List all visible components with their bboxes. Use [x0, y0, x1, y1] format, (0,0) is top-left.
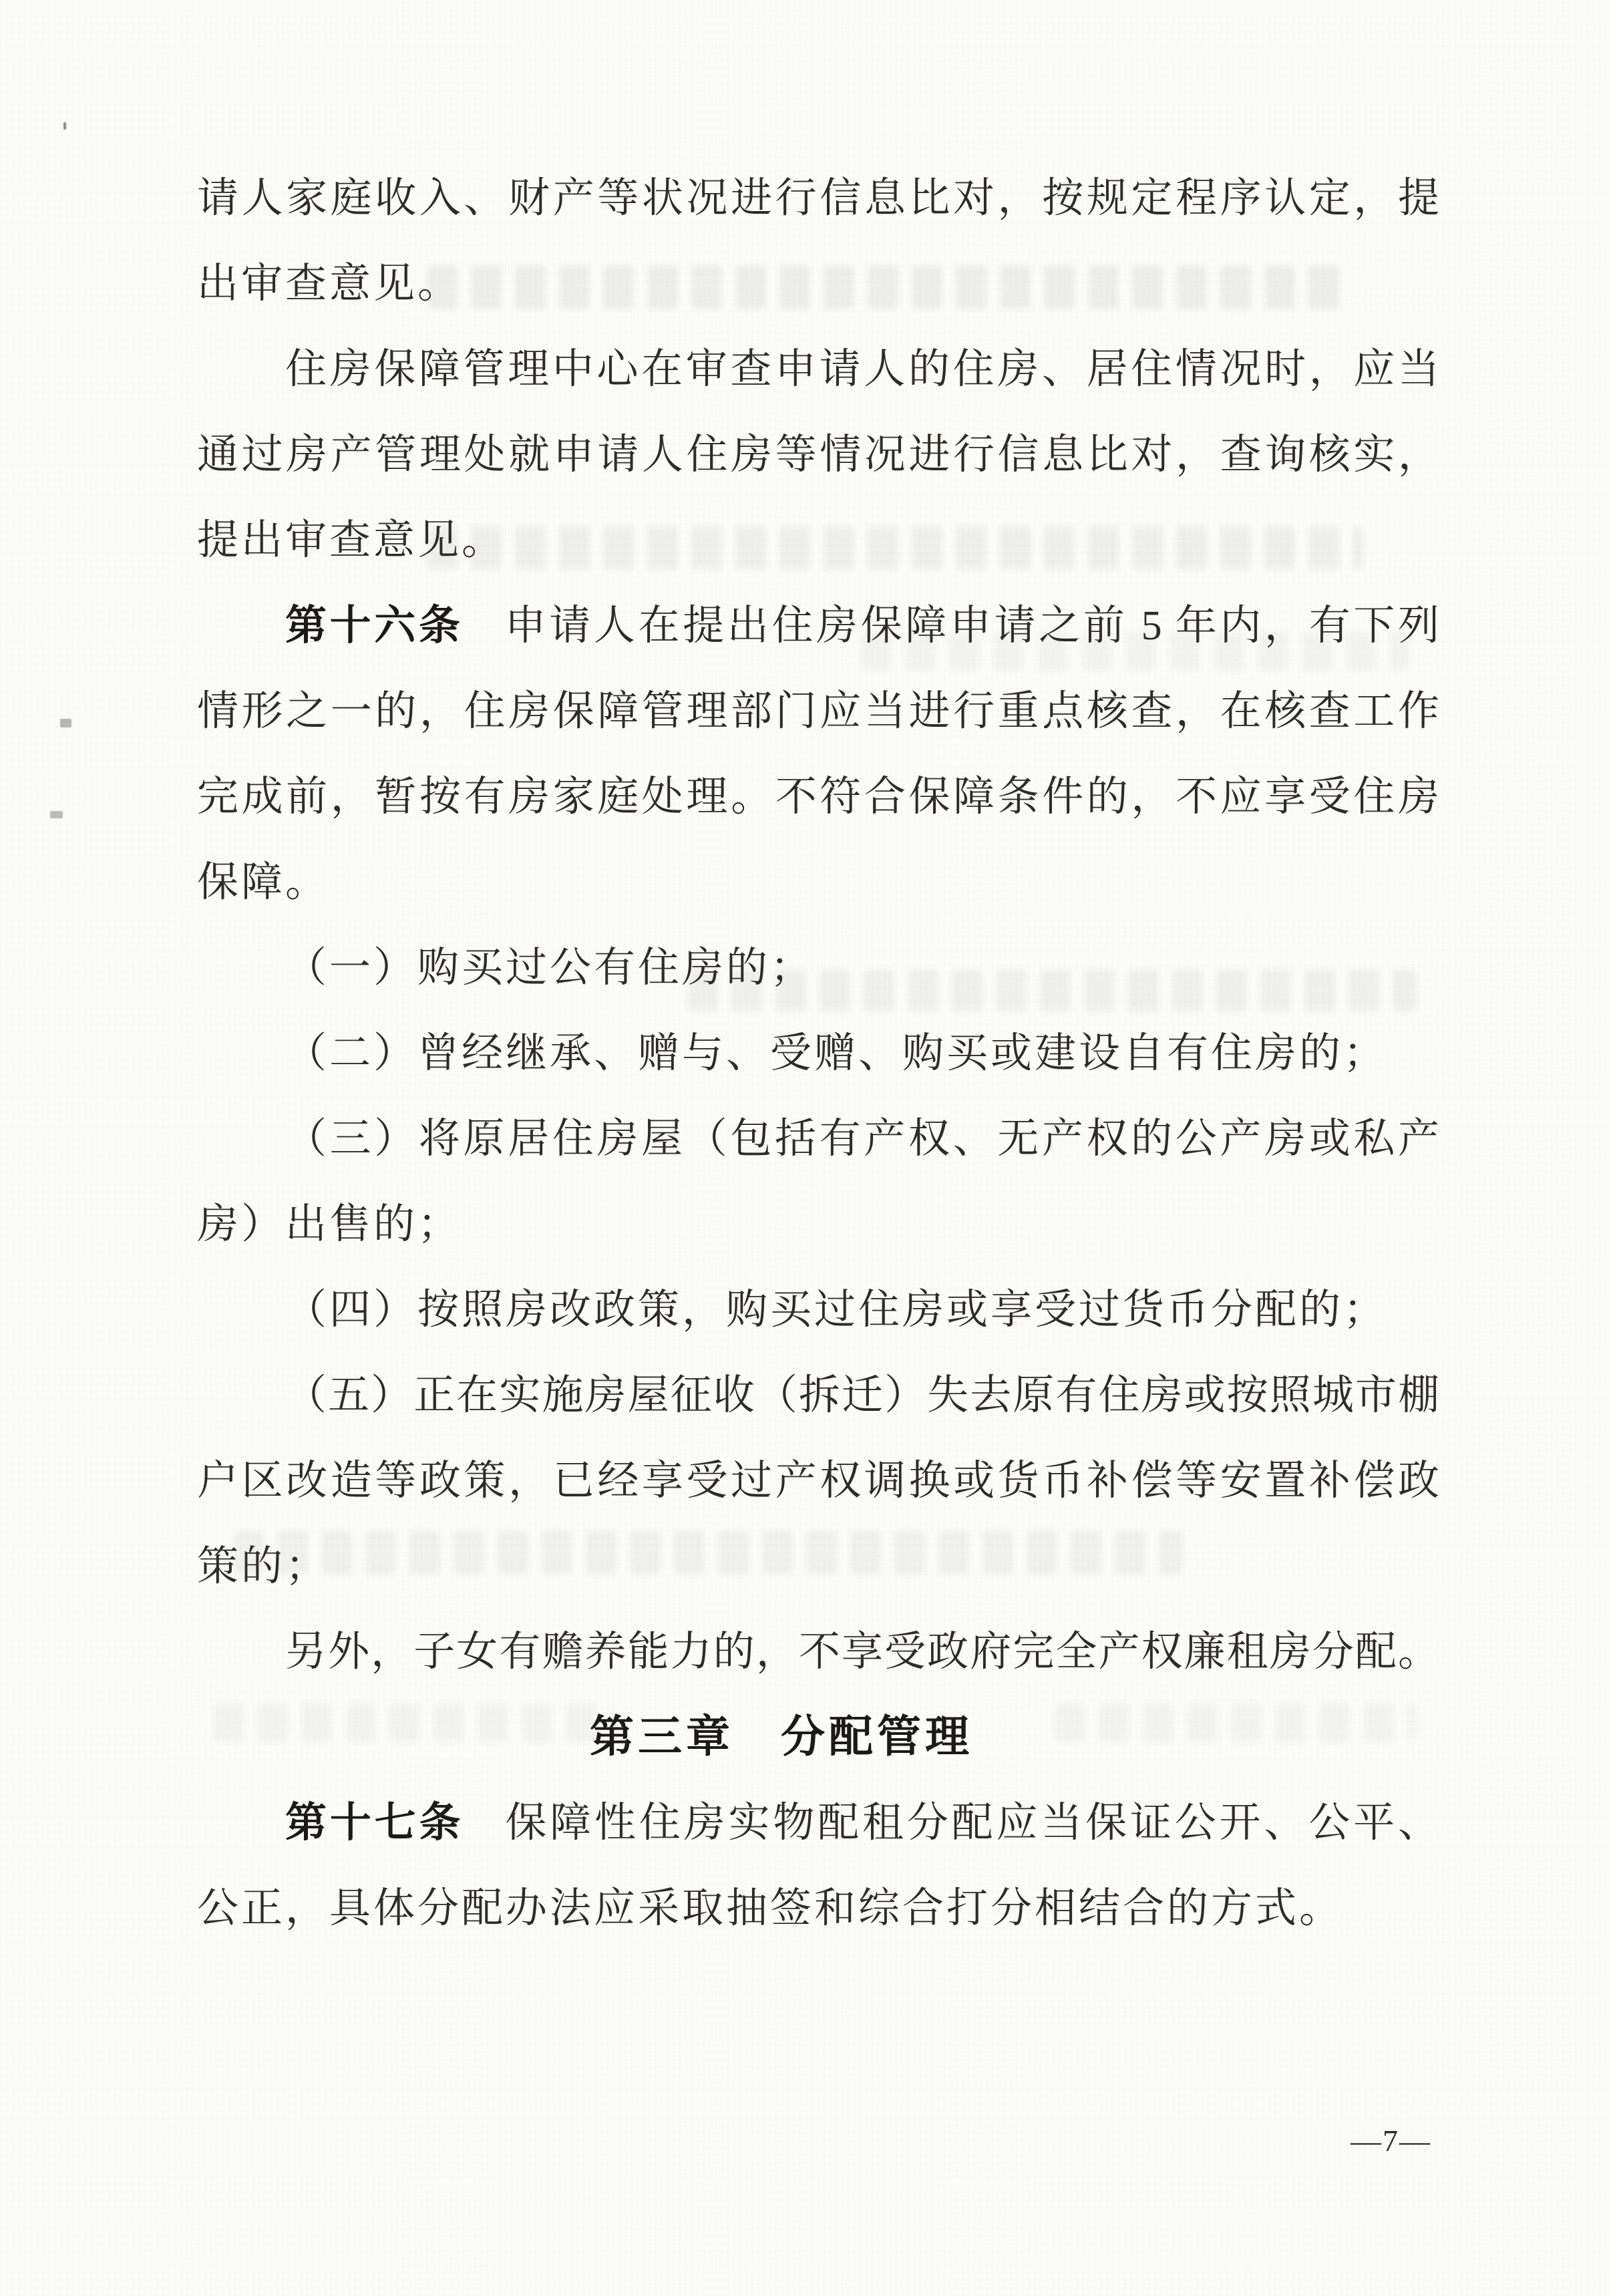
text-segment: 策的；: [197, 1544, 329, 1589]
ink-speck: [50, 811, 63, 818]
text-segment: 另外，子女有赡养能力的，不享受政府完全产权廉租房分配。: [285, 1629, 1439, 1675]
text-segment: 完成前，暂按有房家庭处理。不符合保障条件的，不应享受住房: [197, 774, 1439, 820]
bold-term: 分配管理: [781, 1713, 973, 1762]
document-line: （五）正在实施房屋征收（拆迁）失去原有住房或按照城市棚: [197, 1353, 1439, 1438]
text-segment: 公正，具体分配办法应采取抽签和综合打分相结合的方式。: [197, 1886, 1343, 1931]
text-segment: 请人家庭收入、财产等状况进行信息比对，按规定程序认定，提: [197, 176, 1439, 221]
bold-term: 第十六条: [285, 603, 464, 649]
document-line: （二）曾经继承、赠与、受赠、购买或建设自有住房的；: [197, 1011, 1439, 1096]
text-segment: 户区改造等政策，已经享受过产权调换或货币补偿等安置补偿政: [197, 1458, 1439, 1504]
document-line: 户区改造等政策，已经享受过产权调换或货币补偿等安置补偿政: [197, 1438, 1439, 1524]
document-line: 请人家庭收入、财产等状况进行信息比对，按规定程序认定，提: [197, 156, 1439, 241]
document-line: 通过房产管理处就申请人住房等情况进行信息比对，查询核实，: [197, 412, 1439, 498]
document-line: 出审查意见。: [197, 241, 1439, 327]
text-segment: （二）曾经继承、赠与、受赠、购买或建设自有住房的；: [285, 1031, 1387, 1076]
document-line: （三）将原居住房屋（包括有产权、无产权的公产房或私产: [197, 1096, 1439, 1182]
document-line: 提出审查意见。: [197, 498, 1439, 583]
document-line: （一）购买过公有住房的；: [197, 925, 1439, 1011]
document-line: 第十六条申请人在提出住房保障申请之前 5 年内，有下列: [197, 583, 1439, 669]
text-segment: 房）出售的；: [197, 1202, 462, 1247]
ink-speck: [60, 719, 71, 727]
text-segment: 申请人在提出住房保障申请之前 5 年内，有下列: [505, 603, 1439, 649]
document-line: 保障。: [197, 840, 1439, 925]
text-segment: （五）正在实施房屋征收（拆迁）失去原有住房或按照城市棚: [285, 1373, 1439, 1418]
document-body: 请人家庭收入、财产等状况进行信息比对，按规定程序认定，提出审查意见。住房保障管理…: [197, 156, 1439, 1951]
ink-speck: [63, 122, 66, 130]
text-segment: 保障。: [197, 860, 329, 905]
page-number: —7—: [1351, 2123, 1431, 2158]
document-line: 住房保障管理中心在审查申请人的住房、居住情况时，应当: [197, 327, 1439, 412]
text-segment: 出审查意见。: [197, 261, 462, 307]
text-segment: （四）按照房改政策，购买过住房或享受过货币分配的；: [285, 1287, 1387, 1333]
text-segment: 提出审查意见。: [197, 518, 506, 563]
document-line: 另外，子女有赡养能力的，不享受政府完全产权廉租房分配。: [197, 1609, 1439, 1695]
text-segment: 通过房产管理处就申请人住房等情况进行信息比对，查询核实，: [197, 432, 1439, 478]
text-segment: 住房保障管理中心在审查申请人的住房、居住情况时，应当: [285, 347, 1439, 392]
chapter-heading: 第三章分配管理: [197, 1695, 1439, 1780]
document-line: 情形之一的，住房保障管理部门应当进行重点核查，在核查工作: [197, 669, 1439, 754]
document-line: 公正，具体分配办法应采取抽签和综合打分相结合的方式。: [197, 1866, 1439, 1951]
document-line: （四）按照房改政策，购买过住房或享受过货币分配的；: [197, 1267, 1439, 1353]
text-segment: （三）将原居住房屋（包括有产权、无产权的公产房或私产: [285, 1116, 1439, 1162]
document-line: 第十七条保障性住房实物配租分配应当保证公开、公平、: [197, 1780, 1439, 1866]
document-line: 策的；: [197, 1524, 1439, 1609]
text-segment: （一）购买过公有住房的；: [285, 945, 814, 991]
document-line: 房）出售的；: [197, 1182, 1439, 1267]
scanned-page: { "page": { "number_label": "—7—", "back…: [0, 0, 1609, 2296]
bold-term: 第三章: [590, 1713, 734, 1762]
text-segment: 保障性住房实物配租分配应当保证公开、公平、: [505, 1800, 1439, 1846]
document-line: 完成前，暂按有房家庭处理。不符合保障条件的，不应享受住房: [197, 754, 1439, 840]
text-segment: 情形之一的，住房保障管理部门应当进行重点核查，在核查工作: [197, 689, 1439, 734]
bold-term: 第十七条: [285, 1800, 464, 1846]
